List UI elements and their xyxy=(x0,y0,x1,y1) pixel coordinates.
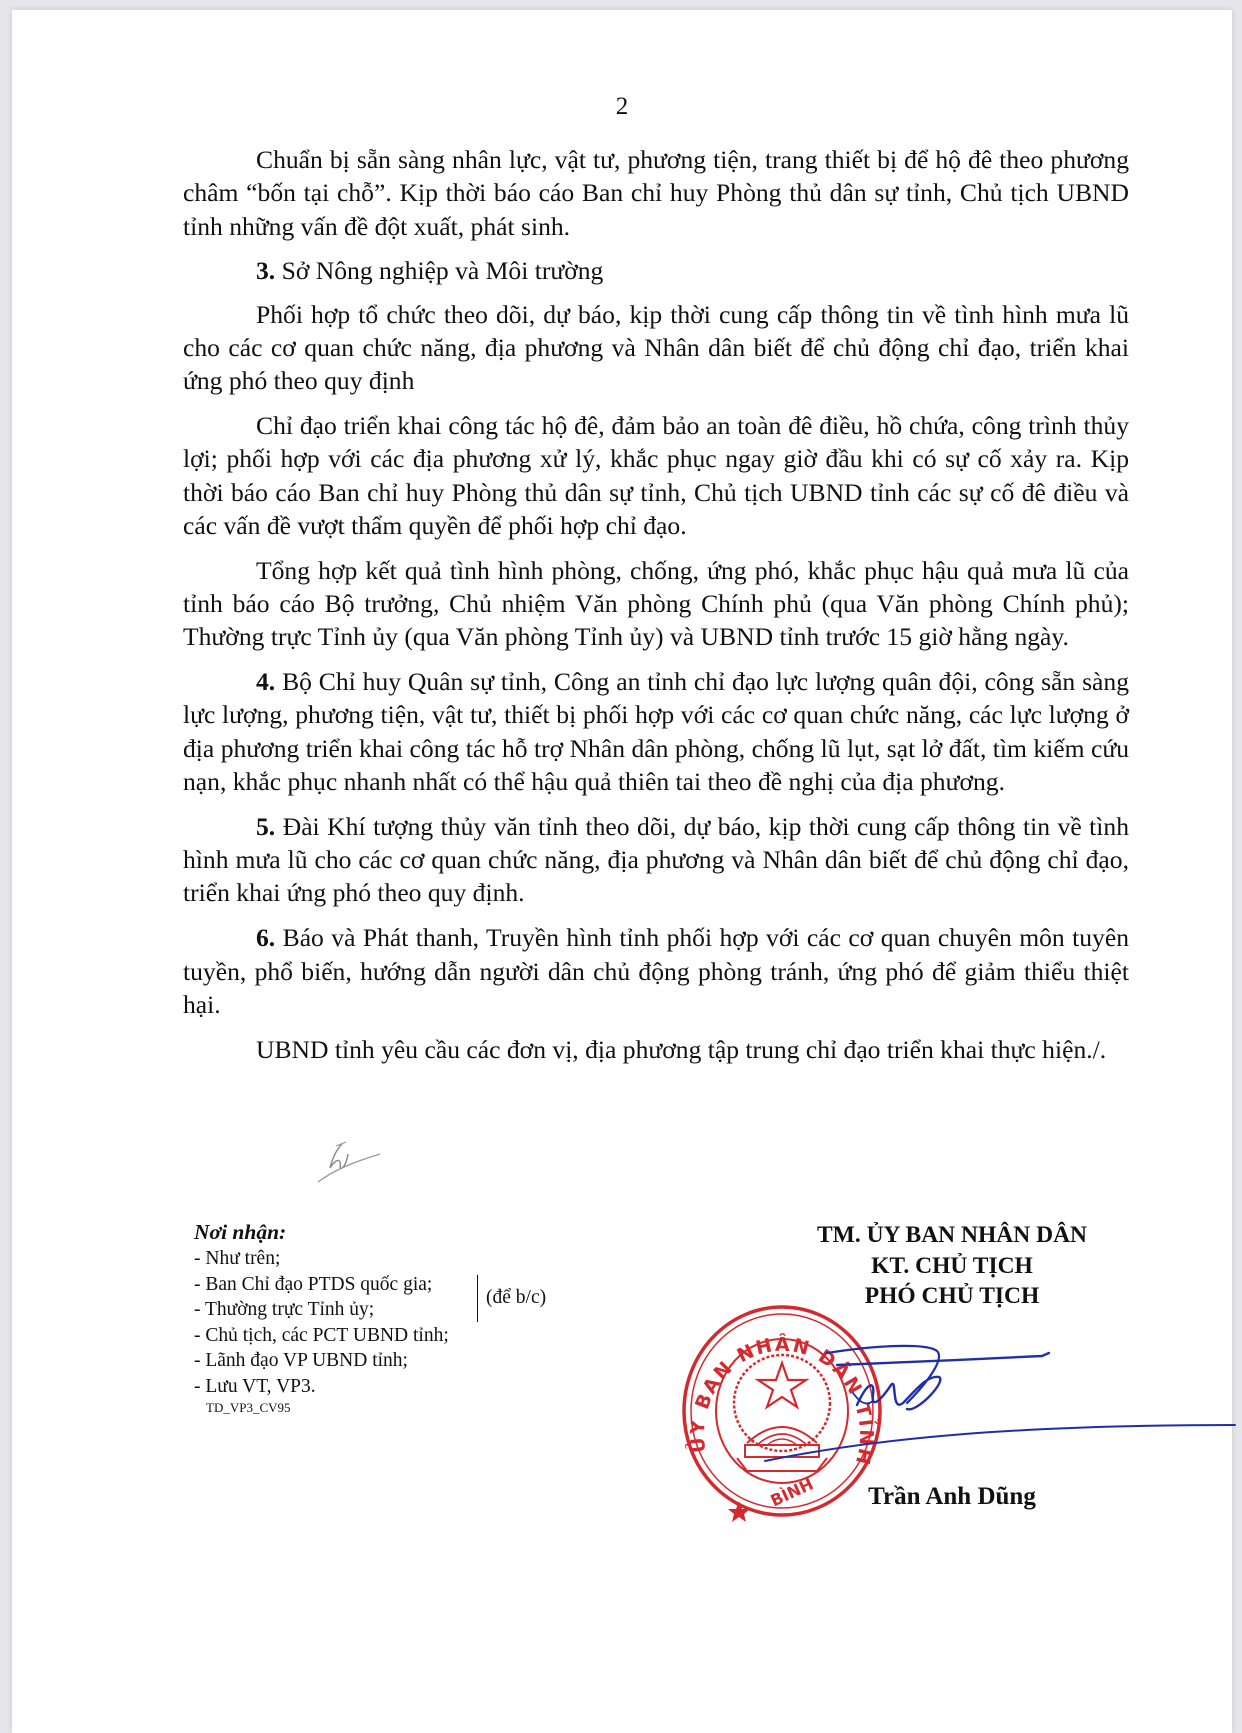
paragraph: Chuẩn bị sẵn sàng nhân lực, vật tư, phươ… xyxy=(183,143,1129,243)
paragraph: Chỉ đạo triển khai công tác hộ đê, đảm b… xyxy=(183,409,1129,542)
page-number: 2 xyxy=(12,92,1232,122)
document-page: 2 Chuẩn bị sẵn sàng nhân lực, vật tư, ph… xyxy=(12,10,1232,1733)
official-stamp-and-signature: ỦY BAN NHÂN DÂN TỈNH NINH BÌNH xyxy=(677,1293,1237,1555)
section-number: 4. xyxy=(256,667,275,696)
section-number: 3. xyxy=(256,256,275,285)
section-4: 4. Bộ Chỉ huy Quân sự tỉnh, Công an tỉnh… xyxy=(183,665,1129,798)
recipients-title: Nơi nhận: xyxy=(194,1218,449,1246)
section-number: 5. xyxy=(256,812,275,841)
recipients-list: Nơi nhận: - Như trên; - Ban Chỉ đạo PTDS… xyxy=(194,1218,449,1416)
recipient-item: - Ban Chỉ đạo PTDS quốc gia; xyxy=(194,1272,449,1298)
signer-name: Trần Anh Dũng xyxy=(772,1482,1132,1512)
recipient-item: - Như trên; xyxy=(194,1246,449,1272)
closing-paragraph: UBND tỉnh yêu cầu các đơn vị, địa phương… xyxy=(183,1033,1129,1066)
recipient-item: - Chủ tịch, các PCT UBND tỉnh; xyxy=(194,1323,449,1349)
recipient-item: - Thường trực Tỉnh ủy; xyxy=(194,1297,449,1323)
recipient-group-report: - Ban Chỉ đạo PTDS quốc gia; - Thường tr… xyxy=(194,1272,449,1323)
section-number: 6. xyxy=(256,923,275,952)
signer-line-1: TM. ỦY BAN NHÂN DÂN xyxy=(772,1220,1132,1251)
recipient-item: - Lãnh đạo VP UBND tỉnh; xyxy=(194,1348,449,1374)
paragraph: Tổng hợp kết quả tình hình phòng, chống,… xyxy=(183,554,1129,654)
bracket-note: (để b/c) xyxy=(486,1285,546,1311)
svg-text:ỦY BAN NHÂN DÂN TỈNH NINH: ỦY BAN NHÂN DÂN TỈNH NINH xyxy=(677,1293,880,1469)
document-body: Chuẩn bị sẵn sàng nhân lực, vật tư, phươ… xyxy=(183,143,1129,1077)
recipient-item: - Lưu VT, VP3. xyxy=(194,1374,449,1400)
bracket-divider xyxy=(477,1275,478,1322)
section-5: 5. Đài Khí tượng thủy văn tỉnh theo dõi,… xyxy=(183,810,1129,910)
section-6: 6. Báo và Phát thanh, Truyền hình tỉnh p… xyxy=(183,921,1129,1021)
signer-line-2: KT. CHỦ TỊCH xyxy=(772,1251,1132,1282)
paragraph: Phối hợp tổ chức theo dõi, dự báo, kịp t… xyxy=(183,298,1129,398)
document-code: TD_VP3_CV95 xyxy=(206,1400,449,1416)
initial-mark-icon xyxy=(314,1140,384,1186)
section-heading-3: 3. Sở Nông nghiệp và Môi trường xyxy=(183,254,1129,287)
